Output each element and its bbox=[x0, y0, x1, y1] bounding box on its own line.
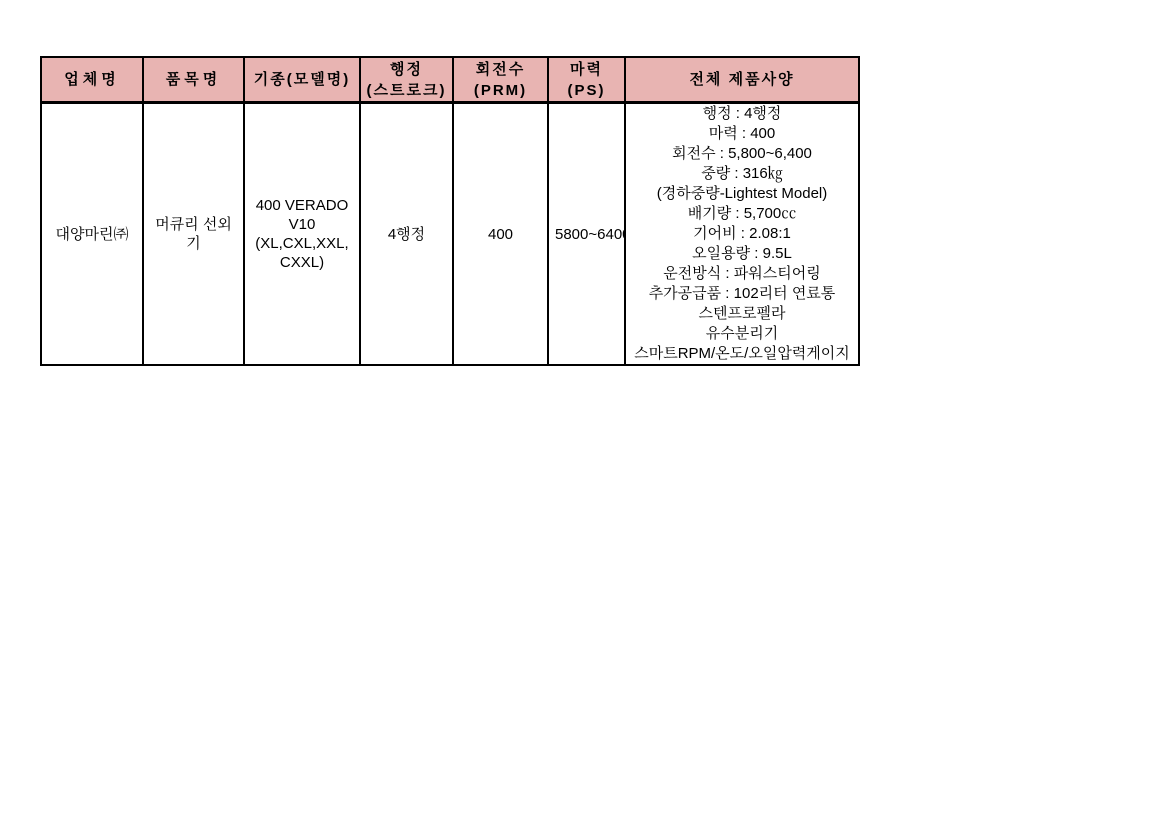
item-cell: 머큐리 선외기 bbox=[143, 103, 244, 366]
spec-line: 운전방식 : 파워스티어링 bbox=[632, 264, 852, 284]
column-header-company: 업체명 bbox=[41, 57, 143, 103]
spec-line: 스텐프로펠라 bbox=[632, 304, 852, 324]
spec-line: (경하중량-Lightest Model) bbox=[632, 184, 852, 204]
spec-line: 추가공급품 : 102리터 연료통 bbox=[632, 284, 852, 304]
column-header-specs: 전체 제품사양 bbox=[625, 57, 859, 103]
product-spec-table-container: 업체명 품목명 기종(모델명) 행정 (스트로크) 회전수 (PRM) 마력 (… bbox=[40, 56, 860, 366]
spec-line: 마력 : 400 bbox=[632, 124, 852, 144]
spec-line: 기어비 : 2.08:1 bbox=[632, 224, 852, 244]
product-specs-cell: 행정 : 4행정마력 : 400회전수 : 5,800~6,400중량 : 31… bbox=[625, 103, 859, 366]
spec-line: 배기량 : 5,700㏄ bbox=[632, 204, 852, 224]
column-header-rpm: 회전수 (PRM) bbox=[453, 57, 548, 103]
product-spec-table: 업체명 품목명 기종(모델명) 행정 (스트로크) 회전수 (PRM) 마력 (… bbox=[40, 56, 860, 366]
model-cell: 400 VERADO V10 (XL,CXL,XXL,CXXL) bbox=[244, 103, 360, 366]
stroke-cell: 4행정 bbox=[360, 103, 453, 366]
spec-line: 행정 : 4행정 bbox=[632, 104, 852, 124]
column-header-model: 기종(모델명) bbox=[244, 57, 360, 103]
ps-cell: 5800~6400 bbox=[548, 103, 625, 366]
company-cell: 대양마린㈜ bbox=[41, 103, 143, 366]
column-header-ps: 마력 (PS) bbox=[548, 57, 625, 103]
rpm-cell: 400 bbox=[453, 103, 548, 366]
document-page: 업체명 품목명 기종(모델명) 행정 (스트로크) 회전수 (PRM) 마력 (… bbox=[0, 0, 1169, 826]
spec-line: 오일용량 : 9.5L bbox=[632, 244, 852, 264]
table-row: 대양마린㈜ 머큐리 선외기 400 VERADO V10 (XL,CXL,XXL… bbox=[41, 103, 859, 366]
column-header-item: 품목명 bbox=[143, 57, 244, 103]
spec-line: 회전수 : 5,800~6,400 bbox=[632, 144, 852, 164]
spec-line: 유수분리기 bbox=[632, 324, 852, 344]
spec-line: 스마트RPM/온도/오일압력게이지 bbox=[632, 344, 852, 364]
header-row: 업체명 품목명 기종(모델명) 행정 (스트로크) 회전수 (PRM) 마력 (… bbox=[41, 57, 859, 103]
column-header-stroke: 행정 (스트로크) bbox=[360, 57, 453, 103]
spec-line: 중량 : 316㎏ bbox=[632, 164, 852, 184]
